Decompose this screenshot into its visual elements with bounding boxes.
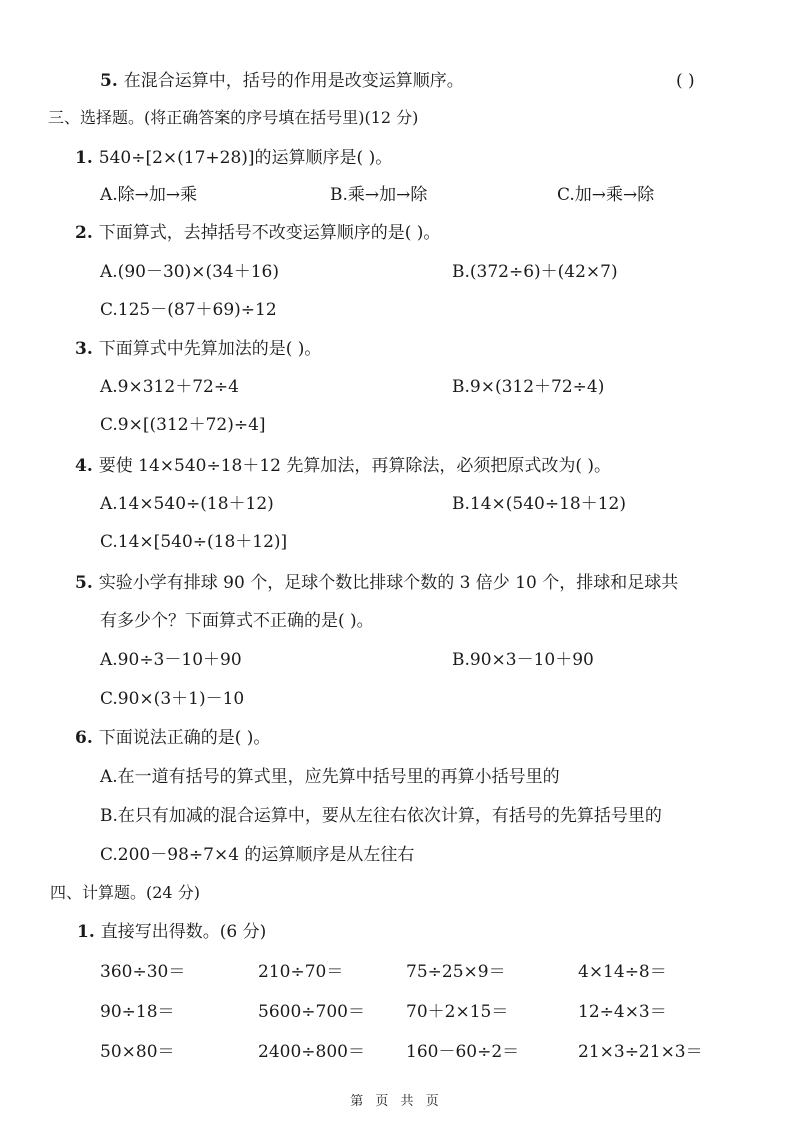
calc-cell: 210÷70＝ (258, 961, 343, 983)
question-5: 5.实验小学有排球 90 个，足球个数比排球个数的 3 倍少 10 个，排球和足… (75, 572, 678, 594)
q1-option-b: B.乘→加→除 (330, 184, 427, 206)
item-text: 下面说法正确的是( )。 (99, 728, 271, 748)
calc-cell: 160－60÷2＝ (406, 1041, 519, 1063)
item-number: 1. (75, 148, 93, 168)
q4-option-b: B.14×(540÷18＋12) (452, 493, 626, 515)
question-1: 1.540÷[2×(17+28)]的运算顺序是( )。 (75, 147, 392, 169)
q2-option-b: B.(372÷6)＋(42×7) (452, 261, 618, 283)
calc-question-1: 1.直接写出得数。(6 分) (77, 921, 266, 943)
calc-cell: 360÷30＝ (100, 961, 185, 983)
item-text: 540÷[2×(17+28)]的运算顺序是( )。 (99, 148, 392, 168)
q2-option-a: A.(90－30)×(34＋16) (100, 261, 279, 283)
tf-item-5: 5.在混合运算中，括号的作用是改变运算顺序。 (100, 70, 464, 92)
item-number: 3. (75, 339, 93, 359)
item-text: 要使 14×540÷18＋12 先算加法，再算除法，必须把原式改为( )。 (99, 456, 611, 476)
item-text: 实验小学有排球 90 个，足球个数比排球个数的 3 倍少 10 个，排球和足球共 (99, 573, 679, 593)
calc-cell: 50×80＝ (100, 1041, 175, 1063)
question-6: 6.下面说法正确的是( )。 (75, 727, 270, 749)
q1-option-c: C.加→乘→除 (557, 184, 654, 206)
calc-cell: 21×3÷21×3＝ (578, 1041, 703, 1063)
calc-cell: 70＋2×15＝ (406, 1001, 508, 1023)
item-text: 下面算式，去掉括号不改变运算顺序的是( )。 (99, 223, 441, 243)
q3-option-a: A.9×312＋72÷4 (100, 376, 239, 398)
page-footer: 第 页 共 页 (0, 1090, 793, 1109)
q3-option-c: C.9×[(312＋72)÷4] (100, 414, 266, 436)
item-text: 下面算式中先算加法的是( )。 (99, 339, 322, 359)
calc-cell: 75÷25×9＝ (406, 961, 506, 983)
q5-option-a: A.90÷3－10＋90 (100, 649, 242, 671)
calc-cell: 90÷18＝ (100, 1001, 175, 1023)
item-text: 直接写出得数。(6 分) (101, 922, 266, 942)
q6-option-a: A.在一道有括号的算式里，应先算中括号里的再算小括号里的 (100, 766, 560, 788)
calc-cell: 5600÷700＝ (258, 1001, 365, 1023)
item-text: 在混合运算中，括号的作用是改变运算顺序。 (124, 71, 464, 91)
question-3: 3.下面算式中先算加法的是( )。 (75, 338, 321, 360)
item-number: 6. (75, 728, 93, 748)
question-2: 2.下面算式，去掉括号不改变运算顺序的是( )。 (75, 222, 440, 244)
item-number: 2. (75, 223, 93, 243)
q4-option-a: A.14×540÷(18＋12) (100, 493, 274, 515)
calc-cell: 12÷4×3＝ (578, 1001, 667, 1023)
q6-option-b: B.在只有加减的混合运算中，要从左往右依次计算，有括号的先算括号里的 (100, 805, 662, 827)
section-3-title: 三、选择题。(将正确答案的序号填在括号里)(12 分) (48, 107, 418, 129)
item-number: 4. (75, 456, 93, 476)
calc-cell: 4×14÷8＝ (578, 961, 667, 983)
answer-bracket[interactable]: ( ) (676, 70, 695, 92)
q5-option-c: C.90×(3＋1)－10 (100, 688, 244, 710)
q6-option-c: C.200－98÷7×4 的运算顺序是从左往右 (100, 844, 414, 866)
calc-cell: 2400÷800＝ (258, 1041, 365, 1063)
question-4: 4.要使 14×540÷18＋12 先算加法，再算除法，必须把原式改为( )。 (75, 455, 611, 477)
q4-option-c: C.14×[540÷(18＋12)] (100, 531, 287, 553)
q5-option-b: B.90×3－10＋90 (452, 649, 594, 671)
item-number: 1. (77, 922, 95, 942)
q2-option-c: C.125－(87＋69)÷12 (100, 299, 277, 321)
item-number: 5. (100, 71, 118, 91)
question-5-line-2: 有多少个？下面算式不正确的是( )。 (100, 610, 374, 632)
q1-option-a: A.除→加→乘 (100, 184, 197, 206)
q3-option-b: B.9×(312＋72÷4) (452, 376, 604, 398)
item-number: 5. (75, 573, 93, 593)
section-4-title: 四、计算题。(24 分) (50, 882, 200, 904)
